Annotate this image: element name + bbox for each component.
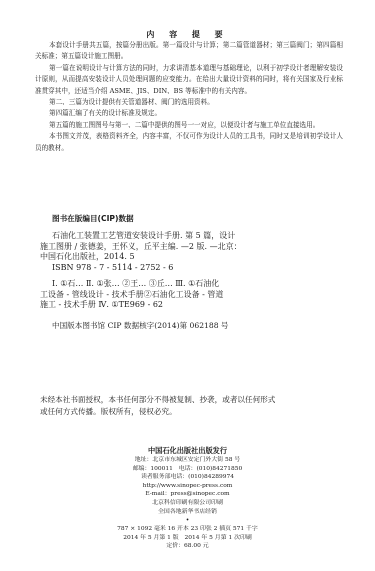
cip-line: 施工图册 / 张德姜，王怀义，丘平主编. —2 版. —北京：	[40, 242, 272, 253]
cip-line: 中国石化出版社，2014. 5	[40, 252, 272, 263]
separator-dot: •	[0, 516, 375, 525]
summary-title: 内 容 提 要	[0, 29, 375, 40]
summary-paragraph: 第四篇汇编了有关的设计标准及规定。	[35, 108, 343, 119]
distributor: 全国各地新华书店经销	[0, 508, 375, 517]
publisher-website: http://www.sinopec-press.com	[0, 482, 375, 491]
publisher-name: 中国石化出版社出版发行	[0, 446, 375, 456]
summary-paragraph: 本套设计手册共五篇，按篇分册出版。第一篇设计与计算；第二篇管道器材；第三篇阀门；…	[35, 40, 343, 63]
summary-paragraph: 本书图文并茂，表格资料齐全，内容丰富，不仅可作为设计人员的工具书，同时又是培训初…	[35, 131, 343, 154]
cip-record: 石油化工装置工艺管道安装设计手册. 第 5 篇，设计 施工图册 / 张德姜，王怀…	[40, 231, 272, 273]
printer: 北京科信印刷有限公司印刷	[0, 499, 375, 508]
summary-body: 本套设计手册共五篇，按篇分册出版。第一篇设计与计算；第二篇管道器材；第三篇阀门；…	[35, 40, 343, 154]
publisher-postal: 邮编：100011 电话：(010)84271850	[0, 465, 375, 474]
isbn: ISBN 978 - 7 - 5114 - 2752 - 6	[40, 263, 272, 274]
edition-info: 2014 年 5 月第 1 版 2014 年 5 月第 1 次印刷	[0, 534, 375, 543]
classification-line: Ⅰ. ①石… Ⅱ. ①张… ②王… ③丘… Ⅲ. ①石油化	[40, 279, 272, 290]
cip-record-number: 中国版本图书馆 CIP 数据核字(2014)第 062188 号	[52, 320, 229, 331]
summary-paragraph: 第五篇的施工图图号与第一、二篇中提供的图号一一对应，以便设计者与施工单位直接选用…	[35, 120, 343, 131]
price: 定价：68.00 元	[0, 542, 375, 551]
reader-service-phone: 读者服务部电话：(010)84289974	[0, 473, 375, 482]
cip-classification: Ⅰ. ①石… Ⅱ. ①张… ②王… ③丘… Ⅲ. ①石油化 工设备 - 管线设计…	[40, 279, 272, 311]
copyright-line: 未经本社书面授权，本书任何部分不得被复制、抄袭，或者以任何形式	[40, 394, 340, 406]
cip-heading: 图书在版编目(CIP)数据	[52, 213, 134, 224]
classification-line: 施工 - 技术手册 Ⅳ. ①TE969 - 62	[40, 300, 272, 311]
cip-line: 石油化工装置工艺管道安装设计手册. 第 5 篇，设计	[40, 231, 272, 242]
classification-line: 工设备 - 管线设计 - 技术手册②石油化工设备 - 管道	[40, 290, 272, 301]
publisher-address: 地址：北京市东城区安定门外大街 58 号	[0, 456, 375, 465]
publisher-email: E-mail：press@sinopec.com	[0, 490, 375, 499]
copyright-notice: 未经本社书面授权，本书任何部分不得被复制、抄袭，或者以任何形式 或任何方式传播。…	[40, 394, 340, 418]
summary-paragraph: 第二、三篇为设计提供有关管道器材、阀门的选用资料。	[35, 97, 343, 108]
summary-paragraph: 第一篇在说明设计与计算方法的同时，力求讲清基本道理与基础理论，以利于初学设计者理…	[35, 63, 343, 97]
copyright-line: 或任何方式传播。版权所有，侵权必究。	[40, 406, 340, 418]
book-format: 787 × 1092 毫米 16 开本 23 印张 2 插页 571 千字	[0, 525, 375, 534]
publisher-info: 中国石化出版社出版发行 地址：北京市东城区安定门外大街 58 号 邮编：1000…	[0, 446, 375, 551]
